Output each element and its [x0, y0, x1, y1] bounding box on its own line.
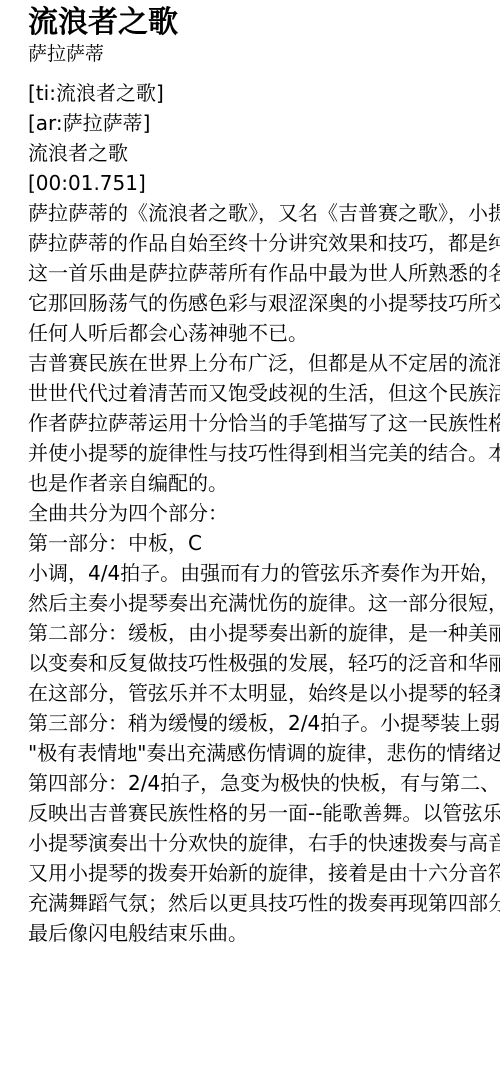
- lyric-line: 第四部分：2/4拍子，急变为极快的快板，有与第二、三部分形成鲜明对比的: [28, 768, 500, 798]
- song-title: 流浪者之歌: [28, 4, 500, 42]
- lyric-line: 也是作者亲自编配的。: [28, 468, 500, 498]
- lyric-line: 然后主奏小提琴奏出充满忧伤的旋律。这一部分很短，只是全曲的引子。: [28, 588, 500, 618]
- lyric-line: 第二部分：缓板，由小提琴奏出新的旋律，是一种美丽的忧郁，: [28, 618, 500, 648]
- lyric-line: 在这部分，管弦乐并不太明显，始终是以小提琴的轻柔旋律为主。: [28, 678, 500, 708]
- lyric-line: 它那回肠荡气的伤感色彩与艰涩深奥的小提琴技巧所交织出来的绚烂效果，: [28, 288, 500, 318]
- lyric-line: 萨拉萨蒂的《流浪者之歌》，又名《吉普赛之歌》，小提琴独奏曲中不朽的名篇。: [28, 198, 500, 228]
- lyric-line: "极有表情地"奏出充满感伤情调的旋律，悲伤的情绪达到极点。: [28, 738, 500, 768]
- lyric-line: 第三部分：稍为缓慢的缓板，2/4拍子。小提琴装上弱音器，: [28, 708, 500, 738]
- lyric-line: 小提琴演奏出十分欢快的旋律，右手的快速拨奏与高音区的滑奏，: [28, 828, 500, 858]
- lyric-line: 吉普赛民族在世界上分布广泛，但都是从不定居的流浪民族，: [28, 348, 500, 378]
- lyric-line: 萨拉萨蒂的作品自始至终十分讲究效果和技巧，都是纯粹的小提琴作品。: [28, 228, 500, 258]
- lyrics-page: 流浪者之歌 萨拉萨蒂 [ti:流浪者之歌][ar:萨拉萨蒂]流浪者之歌[00:0…: [0, 4, 500, 948]
- lyric-line: 流浪者之歌: [28, 138, 500, 168]
- lyric-line: 世世代代过着清苦而又饱受歧视的生活，但这个民族活泼乐观，能歌善舞。: [28, 378, 500, 408]
- lyric-line: 并使小提琴的旋律性与技巧性得到相当完美的结合。本曲中的管弦乐伴奏部分: [28, 438, 500, 468]
- lyric-line: 第一部分：中板，C: [28, 528, 500, 558]
- lyric-line: 任何人听后都会心荡神驰不已。: [28, 318, 500, 348]
- lyric-line: 以变奏和反复做技巧性极强的发展，轻巧的泛音和华丽的左手拨奏，: [28, 648, 500, 678]
- lyric-line: 全曲共分为四个部分：: [28, 498, 500, 528]
- lyric-line: 充满舞蹈气氛；然后以更具技巧性的拨奏再现第四部分的主题，: [28, 888, 500, 918]
- lyric-line: [ti:流浪者之歌]: [28, 78, 500, 108]
- lyric-line: 小调，4/4拍子。由强而有力的管弦乐齐奏作为开始，: [28, 558, 500, 588]
- lyrics-text: [ti:流浪者之歌][ar:萨拉萨蒂]流浪者之歌[00:01.751]萨拉萨蒂的…: [28, 78, 500, 948]
- lyric-line: 最后像闪电般结束乐曲。: [28, 918, 500, 948]
- lyric-line: 这一首乐曲是萨拉萨蒂所有作品中最为世人所熟悉的名作，: [28, 258, 500, 288]
- artist-name: 萨拉萨蒂: [28, 42, 500, 66]
- lyric-line: 作者萨拉萨蒂运用十分恰当的手笔描写了这一民族性格的几个侧面，: [28, 408, 500, 438]
- lyric-line: [ar:萨拉萨蒂]: [28, 108, 500, 138]
- lyric-line: 又用小提琴的拨奏开始新的旋律，接着是由十六分音符构成的舞蹈旋律，: [28, 858, 500, 888]
- lyric-line: 反映出吉普赛民族性格的另一面--能歌善舞。以管弦乐的强奏作为先导，: [28, 798, 500, 828]
- lyric-line: [00:01.751]: [28, 168, 500, 198]
